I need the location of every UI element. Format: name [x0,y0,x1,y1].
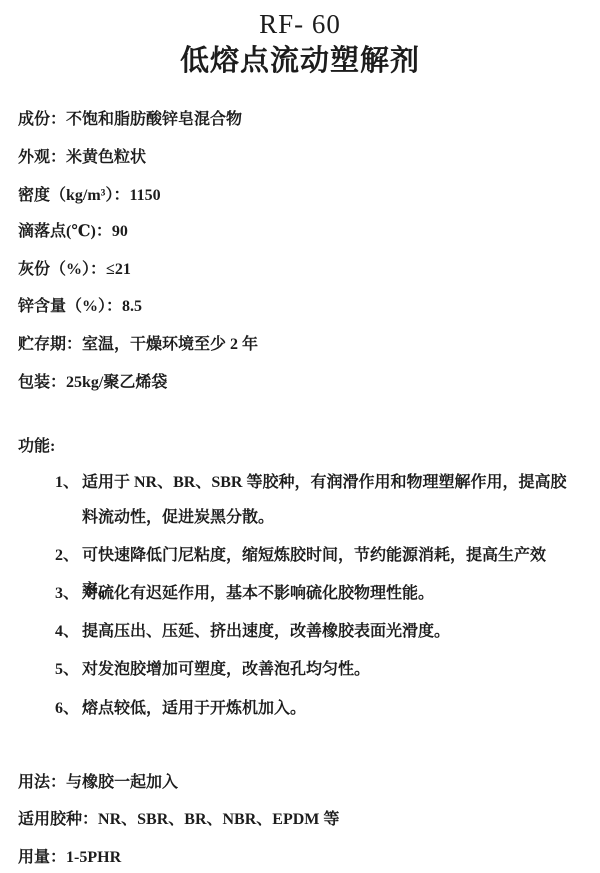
spec-value: 90 [112,223,128,240]
spec-value: 8.5 [122,298,142,315]
spec-value: 米黄色粒状 [66,149,146,166]
spec-label: 灰份（%） [18,261,90,278]
product-name-subtitle: 低熔点流动塑解剂 [0,41,600,81]
function-item-3: 3、 对硫化有迟延作用，基本不影响硫化胶物理性能。 [55,576,576,611]
list-marker: 3、 [55,576,79,611]
usage-value: 与橡胶一起加入 [66,774,178,791]
function-item-5: 5、 对发泡胶增加可塑度，改善泡孔均匀性。 [55,652,576,687]
function-text: 对硫化有迟延作用，基本不影响硫化胶物理性能。 [82,585,434,602]
spec-separator: ： [66,336,82,353]
list-marker: 6、 [55,691,79,726]
function-item-4: 4、 提高压出、压延、挤出速度，改善橡胶表面光滑度。 [55,614,576,649]
usage-value: NR、SBR、BR、NBR、EPDM 等 [98,811,339,828]
list-marker: 5、 [55,652,79,687]
spec-line-packaging: 包装：25kg/聚乙烯袋 [18,372,580,394]
spec-line-appearance: 外观：米黄色粒状 [18,147,580,169]
spec-separator: ： [113,187,129,204]
spec-line-dropping-point: 滴落点(℃)：90 [18,221,580,243]
spec-separator: ： [50,374,66,391]
spec-label: 包装 [18,374,50,391]
usage-separator: ： [82,811,98,828]
function-text: 对发泡胶增加可塑度，改善泡孔均匀性。 [82,661,370,678]
usage-separator: ： [50,774,66,791]
spec-separator: ： [50,149,66,166]
spec-line-density: 密度（kg/m³）：1150 [18,185,580,207]
spec-label: 成份 [18,111,50,128]
spec-value: ≤21 [106,261,131,278]
spec-line-composition: 成份：不饱和脂肪酸锌皂混合物 [18,109,580,131]
spec-value: 25kg/聚乙烯袋 [66,374,167,391]
list-marker: 4、 [55,614,79,649]
usage-separator: ： [50,849,66,866]
datasheet-page: RF- 60 低熔点流动塑解剂 成份：不饱和脂肪酸锌皂混合物 外观：米黄色粒状 … [0,0,600,873]
spec-separator: ： [90,261,106,278]
spec-value: 1150 [130,187,161,204]
function-text: 熔点较低，适用于开炼机加入。 [82,700,306,717]
spec-line-zinc-content: 锌含量（%）：8.5 [18,296,580,318]
spec-line-storage: 贮存期：室温，干燥环境至少 2 年 [18,334,580,356]
functions-heading: 功能: [18,435,55,459]
usage-value: 1-5PHR [66,849,121,866]
spec-separator: ： [96,223,112,240]
list-marker: 2、 [55,538,79,573]
usage-label: 用量 [18,849,50,866]
usage-line-dosage: 用量：1-5PHR [18,846,580,870]
spec-separator: ： [50,111,66,128]
function-item-1: 1、 适用于 NR、BR、SBR 等胶种，有润滑作用和物理塑解作用，提高胶料流动… [55,465,576,535]
spec-label: 滴落点(℃) [18,223,96,240]
spec-value: 室温，干燥环境至少 2 年 [82,336,258,353]
list-marker: 1、 [55,465,79,500]
spec-value: 不饱和脂肪酸锌皂混合物 [66,111,242,128]
function-text: 适用于 NR、BR、SBR 等胶种，有润滑作用和物理塑解作用，提高胶料流动性，促… [82,474,566,526]
spec-label: 外观 [18,149,50,166]
usage-label: 用法 [18,774,50,791]
spec-label: 密度（kg/m³） [18,187,113,204]
spec-separator: ： [106,298,122,315]
spec-label: 锌含量（%） [18,298,106,315]
spec-label: 贮存期 [18,336,66,353]
function-text: 提高压出、压延、挤出速度，改善橡胶表面光滑度。 [82,623,450,640]
function-item-6: 6、 熔点较低，适用于开炼机加入。 [55,691,576,726]
usage-line-method: 用法：与橡胶一起加入 [18,771,580,795]
spec-line-ash-content: 灰份（%）：≤21 [18,259,580,281]
product-code-title: RF- 60 [0,6,600,42]
usage-label: 适用胶种 [18,811,82,828]
usage-line-applicable-rubbers: 适用胶种：NR、SBR、BR、NBR、EPDM 等 [18,808,580,832]
